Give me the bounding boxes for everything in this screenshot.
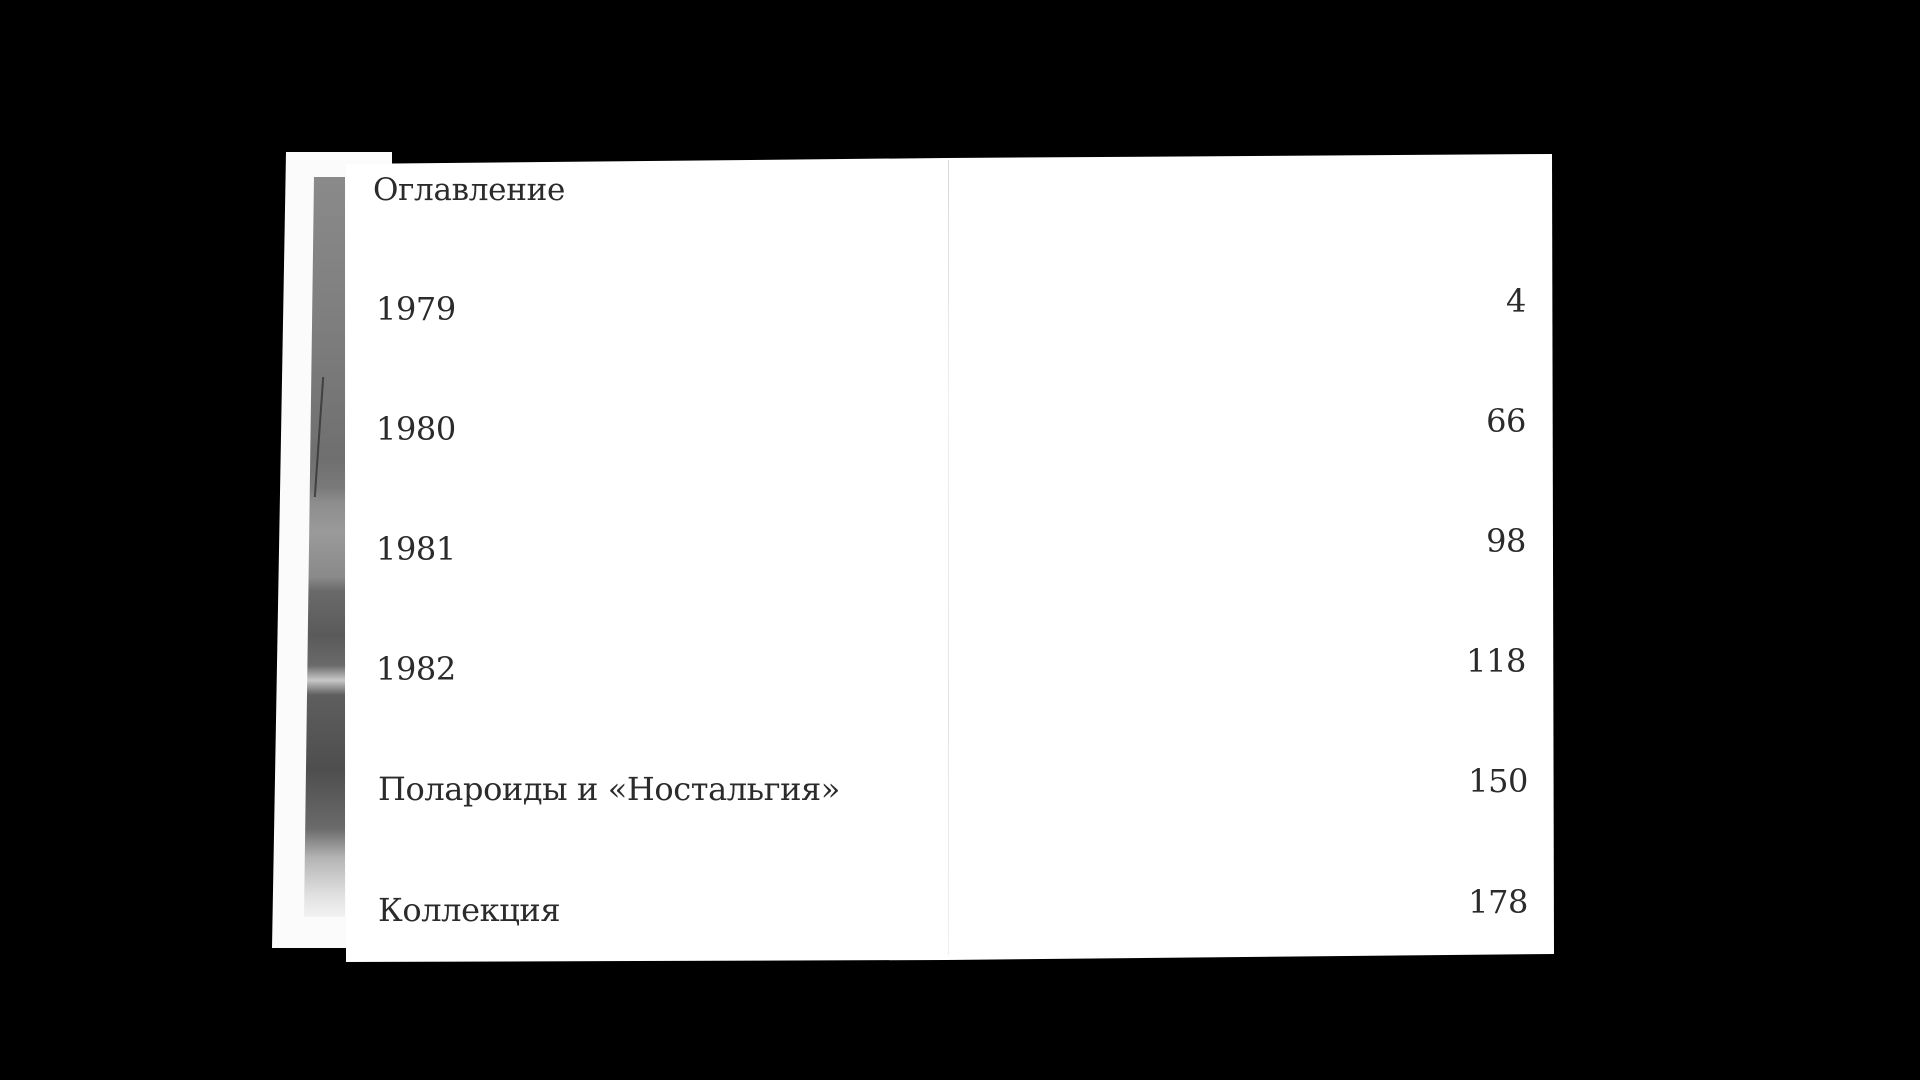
toc-entry-page-number: 66: [1486, 402, 1526, 440]
toc-entry[interactable]: Коллекция178: [378, 889, 1528, 929]
toc-entry-page-number: 178: [1468, 883, 1528, 921]
photo-detail: [314, 377, 324, 497]
toc-entry-label: 1981: [376, 530, 456, 568]
toc-entry[interactable]: 1982118: [376, 648, 1526, 688]
toc-entry[interactable]: 19794: [376, 288, 1526, 328]
toc-entry-page-number: 118: [1466, 642, 1526, 680]
toc-entry[interactable]: 198198: [376, 528, 1526, 568]
toc-entry-label: Полароиды и «Ностальгия»: [378, 770, 840, 808]
toc-entry-page-number: 150: [1468, 762, 1528, 800]
toc-entry-label: Коллекция: [378, 891, 560, 929]
toc-entry[interactable]: 198066: [376, 408, 1526, 448]
toc-entry-page-number: 4: [1506, 282, 1526, 320]
toc-entry[interactable]: Полароиды и «Ностальгия»150: [378, 768, 1528, 808]
toc-entry-label: 1982: [376, 650, 456, 688]
toc-title: Оглавление: [373, 172, 565, 208]
toc-entry-label: 1979: [376, 290, 456, 328]
toc-entry-page-number: 98: [1486, 522, 1526, 560]
toc-entry-label: 1980: [376, 410, 456, 448]
